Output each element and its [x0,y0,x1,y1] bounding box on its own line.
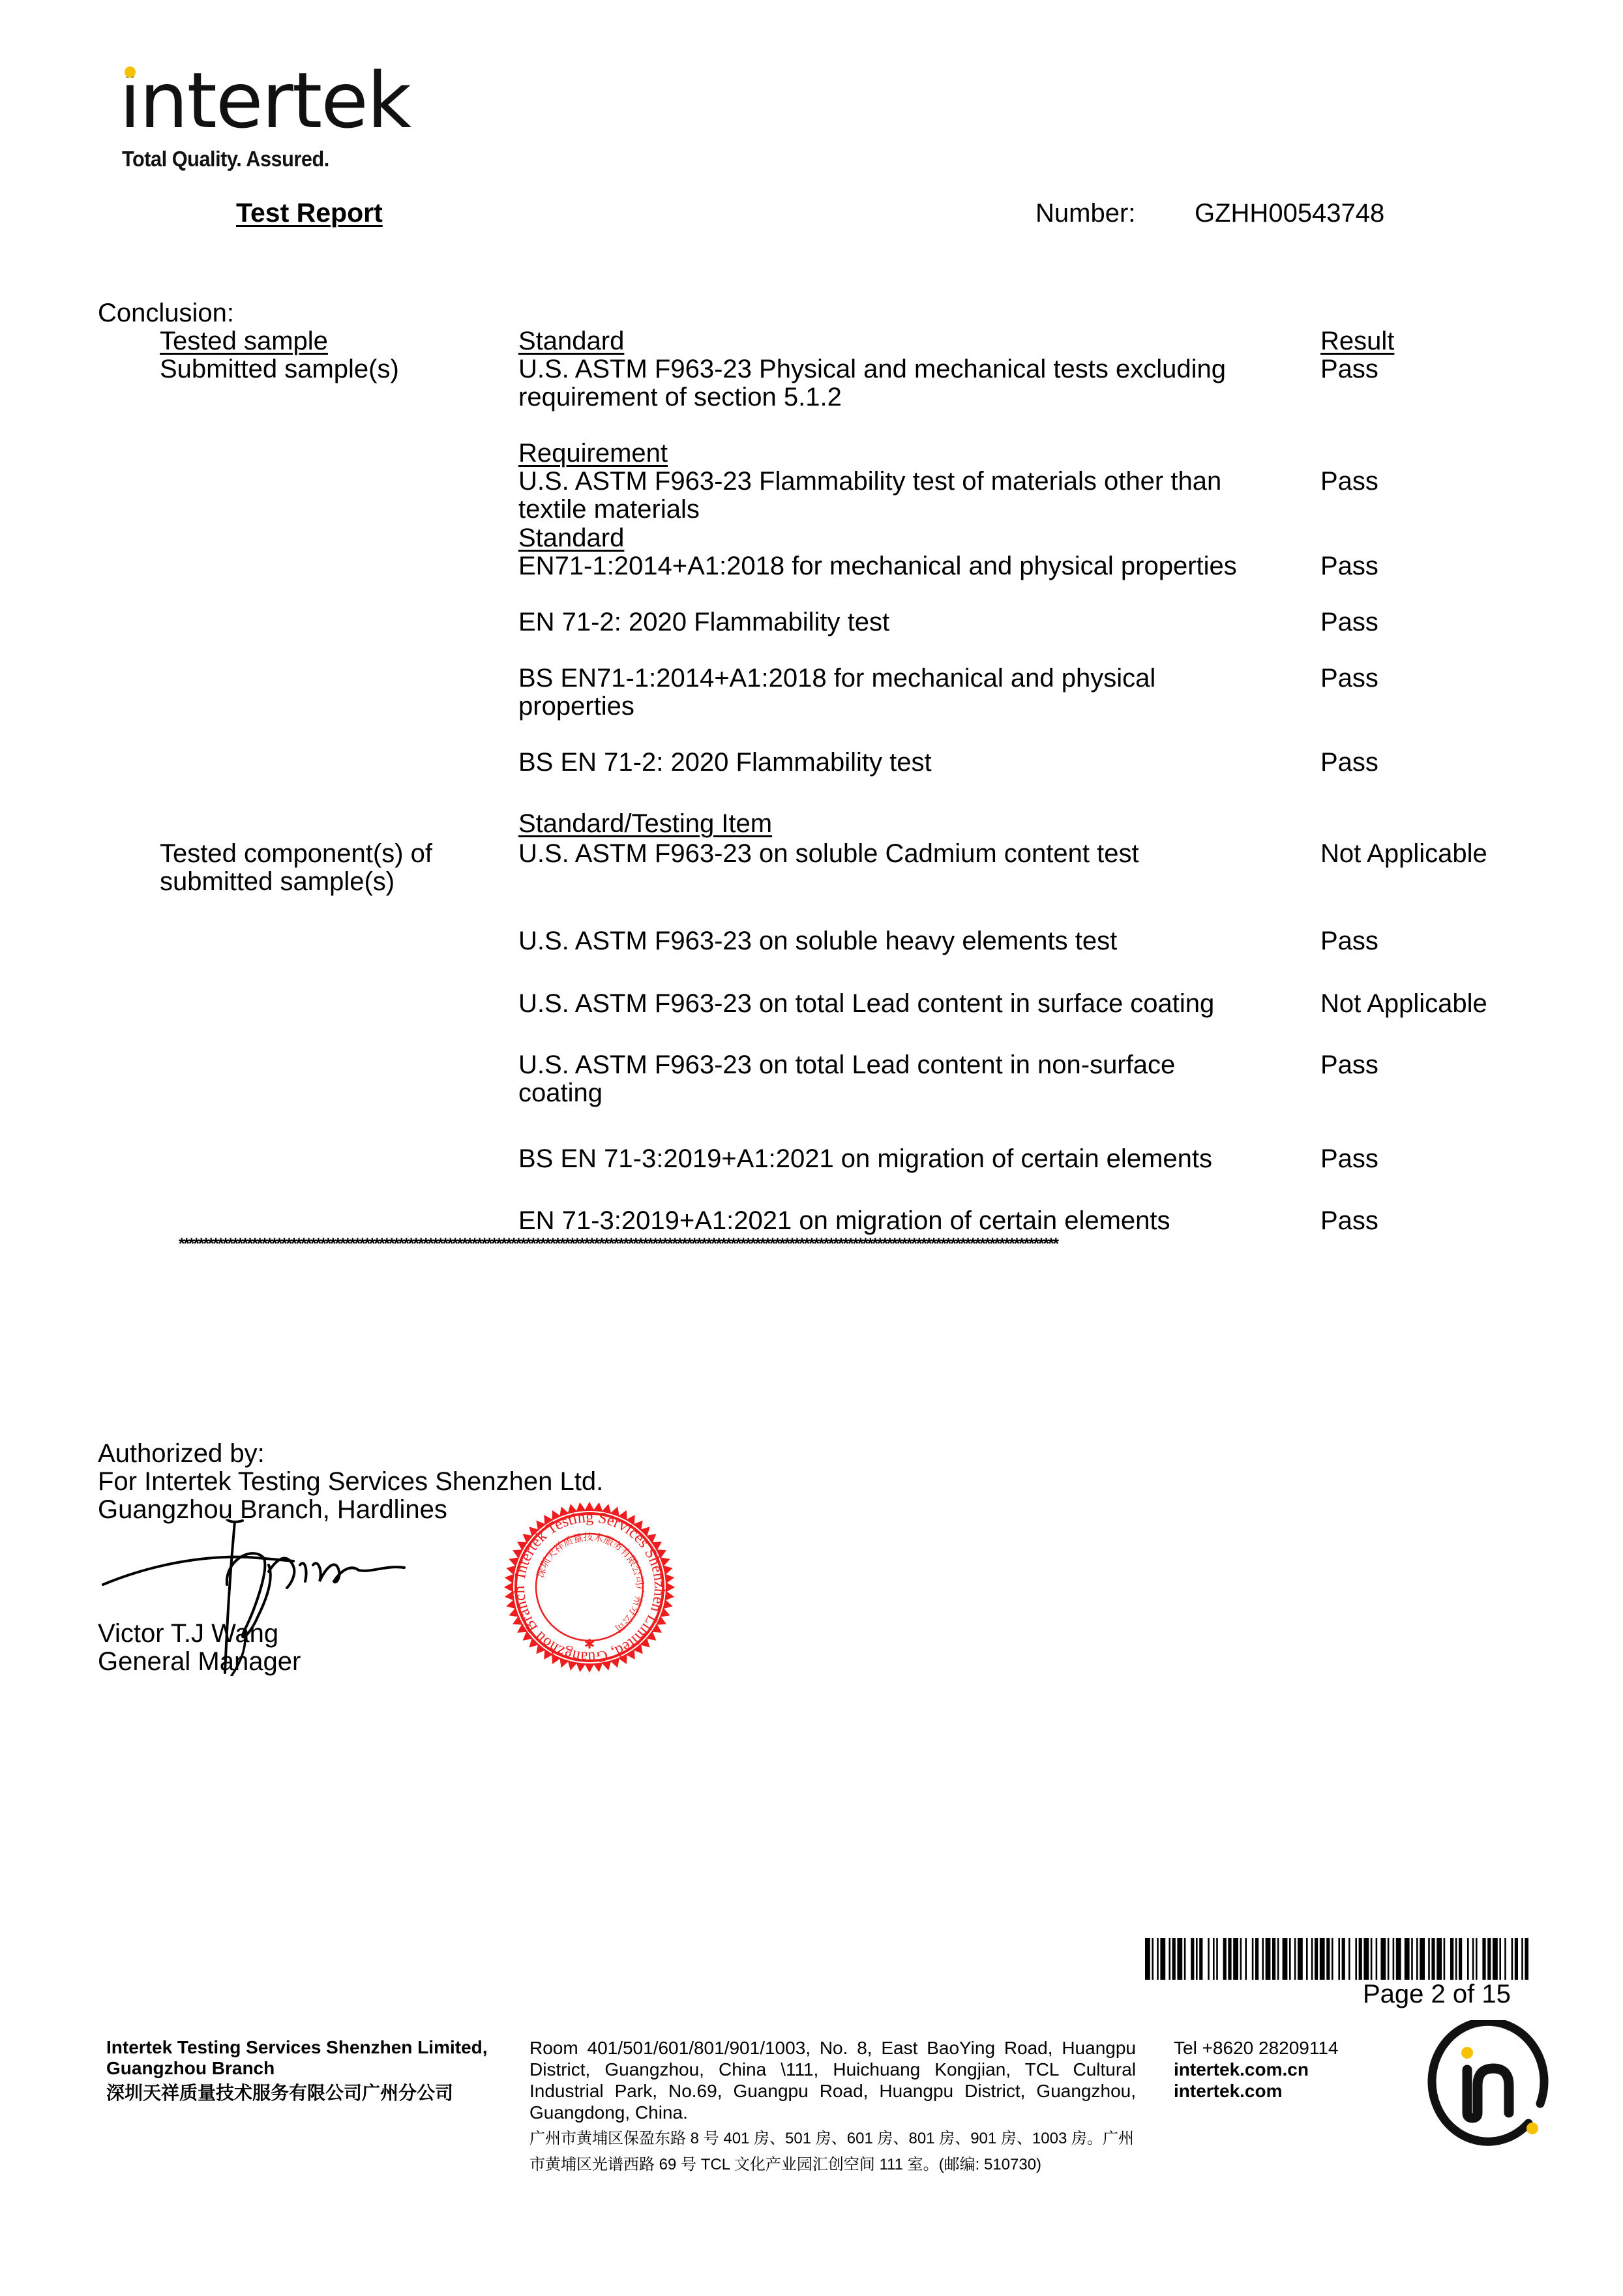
test-item-text: textile materials [518,495,700,524]
conclusion-label: Conclusion: [98,299,234,327]
test-item-text: U.S. ASTM F963-23 Flammability test of m… [518,467,1221,496]
footer-company-en-1: Intertek Testing Services Shenzhen Limit… [106,2037,488,2058]
test-item-text: U.S. ASTM F963-23 on total Lead content … [518,989,1214,1018]
test-item-text: U.S. ASTM F963-23 Physical and mechanica… [518,355,1226,383]
test-result: Pass [1320,355,1378,383]
page-number: Page 2 of 15 [1363,1980,1511,2008]
footer-address-en: Room 401/501/601/801/901/1003, No. 8, Ea… [529,2037,1136,2123]
footer-web-cn-link[interactable]: intertek.com.cn [1174,2059,1339,2080]
test-item-text: coating [518,1079,603,1107]
test-result: Pass [1320,1144,1378,1173]
testing-item-heading: Standard/Testing Item [518,809,772,838]
test-item-text: properties [518,692,634,721]
test-item-text: EN71-1:2014+A1:2018 for mechanical and p… [518,552,1237,580]
footer-address: Room 401/501/601/801/901/1003, No. 8, Ea… [529,2037,1136,2178]
test-result: Pass [1320,1051,1378,1079]
footer-web-link[interactable]: intertek.com [1174,2080,1339,2102]
test-result: Pass [1320,1206,1378,1235]
test-result: Not Applicable [1320,989,1487,1018]
test-result: Pass [1320,664,1378,693]
barcode-icon [1145,1938,1528,1980]
test-item-text: requirement of section 5.1.2 [518,383,842,411]
tested-component-label-1: Tested component(s) of [160,839,432,868]
report-number-label: Number: [1035,199,1135,228]
footer-company-cn: 深圳天祥质量技术服务有限公司广州分公司 [106,2083,488,2104]
signer-name: Victor T.J Wang [98,1620,301,1648]
footer-contact: Tel +8620 28209114 intertek.com.cn inter… [1174,2037,1339,2102]
test-item-text: BS EN 71-3:2019+A1:2021 on migration of … [518,1144,1212,1173]
test-item-text: EN 71-3:2019+A1:2021 on migration of cer… [518,1206,1170,1235]
end-of-conclusion-marker: ****************************************… [179,1234,1058,1254]
company-seal-stamp-icon: Intertek Testing Services Shenzhen Limit… [503,1501,676,1673]
logo-wordmark: intertek [119,62,410,139]
test-item-text: BS EN71-1:2014+A1:2018 for mechanical an… [518,664,1155,693]
test-item-text: U.S. ASTM F963-23 on soluble Cadmium con… [518,839,1139,868]
signer-title: General Manager [98,1648,301,1676]
intertek-logo: intertek Total Quality. Assured. [119,62,432,166]
svg-text:✱: ✱ [584,1636,595,1652]
report-title: Test Report [236,198,383,228]
report-number-value: GZHH00543748 [1195,199,1384,228]
authorized-by-label: Authorized by: [98,1440,603,1468]
footer-company-en-2: Guangzhou Branch [106,2058,488,2079]
logo-tagline: Total Quality. Assured. [122,147,329,171]
signer-block: Victor T.J Wang General Manager [98,1620,301,1676]
logo-yellow-dot-icon [125,67,136,78]
col-header-standard: Standard [518,327,624,355]
submitted-sample-label: Submitted sample(s) [160,355,399,383]
test-result: Pass [1320,748,1378,777]
test-result: Pass [1320,927,1378,955]
test-result: Not Applicable [1320,839,1487,868]
footer-tel: Tel +8620 28209114 [1174,2037,1339,2059]
test-result: Pass [1320,467,1378,496]
test-item-text: BS EN 71-2: 2020 Flammability test [518,748,932,777]
tested-component-label-2: submitted sample(s) [160,867,395,896]
test-item-text: U.S. ASTM F963-23 on soluble heavy eleme… [518,927,1117,955]
test-item-text: EN 71-2: 2020 Flammability test [518,608,889,636]
requirement-heading: Requirement [518,439,668,468]
authorized-company: For Intertek Testing Services Shenzhen L… [98,1468,603,1496]
test-result: Pass [1320,608,1378,636]
col-header-result: Result [1320,327,1394,355]
footer-address-cn: 广州市黄埔区保盈东路 8 号 401 房、501 房、601 房、801 房、9… [529,2126,1136,2178]
test-result: Pass [1320,552,1378,580]
col-header-tested-sample: Tested sample [160,327,328,355]
footer-company: Intertek Testing Services Shenzhen Limit… [106,2037,488,2104]
intertek-in-logo-icon [1425,2020,1556,2151]
standard-heading-2: Standard [518,524,624,552]
test-item-text: U.S. ASTM F963-23 on total Lead content … [518,1051,1175,1079]
